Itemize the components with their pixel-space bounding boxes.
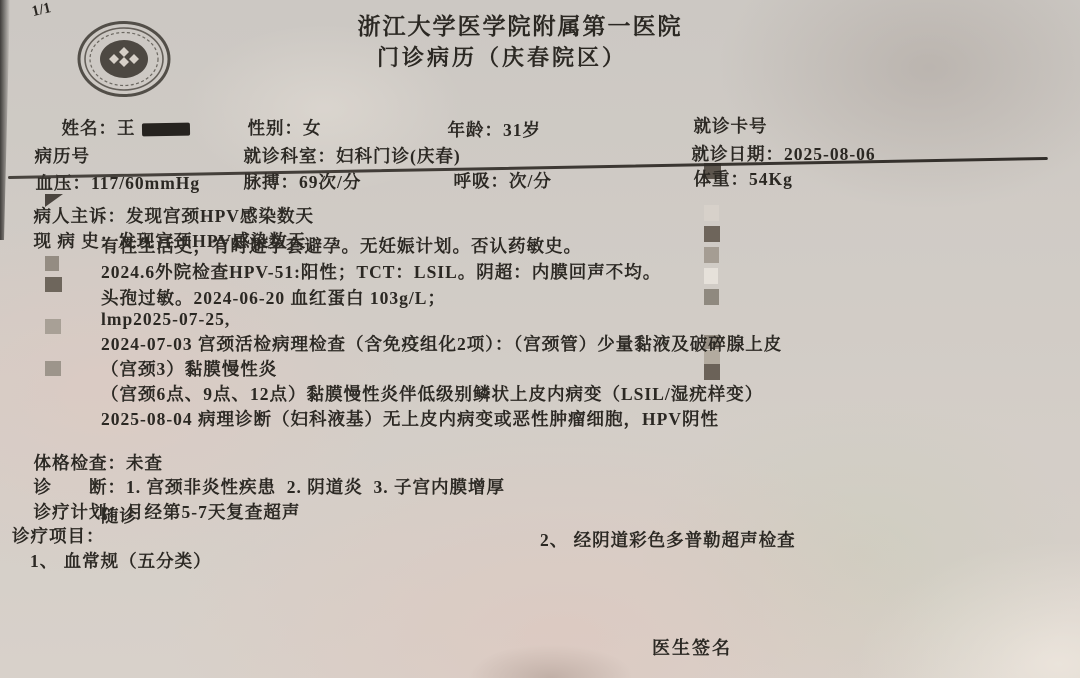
- item-1: 1、 血常规（五分类）: [30, 548, 212, 573]
- name-redaction-bar: [141, 123, 189, 137]
- age-value: 31岁: [503, 120, 541, 140]
- redaction-pixel: [704, 226, 720, 242]
- resp-row: 呼吸：次/分: [432, 147, 552, 214]
- redaction-pixel: [45, 319, 61, 334]
- items-label: 诊疗项目：: [12, 523, 105, 548]
- redaction-gap: [704, 310, 730, 326]
- redaction-pixel: [704, 247, 719, 263]
- history-line: 头孢过敏。2024-06-20 血红蛋白 103g/L；: [101, 285, 446, 310]
- plan-line1: 月经第5-7天复查超声: [126, 502, 300, 522]
- item-2: 2、 经阴道彩色多普勒超声检查: [540, 527, 796, 552]
- history-line: （宫颈6点、9点、12点）黏膜慢性炎伴低级别鳞状上皮内病变（LSIL/湿疣样变）: [101, 381, 763, 406]
- history-line: 2024-07-03 宫颈活检病理检查（含免疫组化2项）：（宫颈管）少量黏液及破…: [101, 331, 782, 356]
- history-line: 2024.6外院检查HPV-51:阳性；TCT：LSIL。阴超：内膜回声不均。: [101, 259, 661, 284]
- resp-value: 次/分: [509, 171, 552, 191]
- hospital-seal-icon: [77, 20, 171, 103]
- redaction-gap: [45, 298, 63, 313]
- redaction-pixel: [704, 289, 719, 305]
- redaction-gap: [45, 340, 61, 355]
- medical-record-photo: 1/1 浙江大学医学院附属第一医院 门诊病历（庆春院区） 姓名：王 性别：女 年…: [0, 0, 1080, 678]
- redaction-pixel: [45, 361, 61, 376]
- history-line: （宫颈3）黏膜慢性炎: [101, 356, 277, 381]
- redaction-pixel: [704, 268, 718, 284]
- history-line: 2025-08-04 病理诊断（妇科液基）无上皮内病变或恶性肿瘤细胞，HPV阴性: [101, 406, 719, 431]
- weight-label: 体重：: [694, 169, 750, 189]
- plan-line2: 随诊: [101, 503, 138, 528]
- weight-value: 54Kg: [749, 169, 793, 189]
- document-title: 门诊病历（庆春院区）: [342, 41, 662, 72]
- redaction-pixel: [45, 277, 62, 292]
- redaction-pixel: [704, 364, 720, 380]
- resp-label: 呼吸：: [454, 171, 510, 191]
- name-value: 王: [117, 118, 136, 138]
- history-line: 有性生活史，有时避孕套避孕。无妊娠计划。否认药敏史。: [101, 233, 582, 258]
- history-line: lmp2025-07-25,: [101, 309, 230, 330]
- hospital-name: 浙江大学医学院附属第一医院: [350, 8, 690, 41]
- doctor-signature-label: 医生签名: [652, 634, 732, 660]
- weight-row: 体重：54Kg: [672, 145, 793, 212]
- page-number: 1/1: [30, 0, 53, 21]
